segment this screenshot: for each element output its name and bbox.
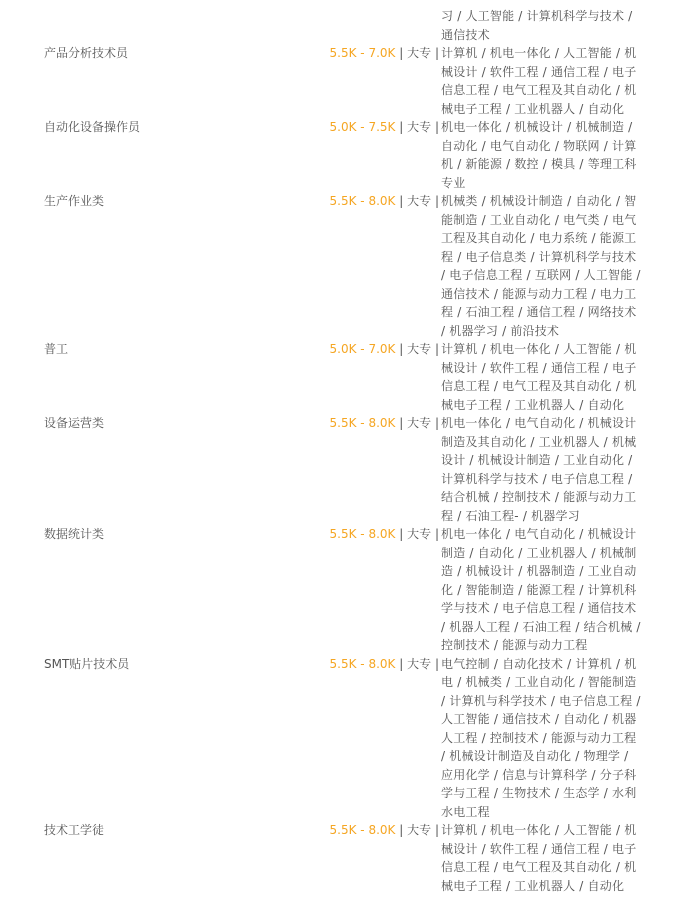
separator: | <box>399 120 403 134</box>
job-majors: 计算机 / 机电一体化 / 人工智能 / 机械设计 / 软件工程 / 通信工程 … <box>441 44 641 118</box>
separator: | <box>435 823 439 837</box>
separator: | <box>435 416 439 430</box>
separator: | <box>399 527 403 541</box>
separator: | <box>435 194 439 208</box>
job-majors: 机电一体化 / 电气自动化 / 机械设计制造及其自动化 / 工业机器人 / 机械… <box>441 414 641 525</box>
separator: | <box>399 416 403 430</box>
job-row[interactable]: 数据统计类 5.5K - 8.0K | 大专 | 机电一体化 / 电气自动化 /… <box>0 525 696 655</box>
separator: | <box>399 342 403 356</box>
job-majors: 计算机 / 机电一体化 / 人工智能 / 机械设计 / 软件工程 / 通信工程 … <box>441 340 641 414</box>
education-level: 大专 <box>407 342 431 356</box>
job-title[interactable]: 数据统计类 <box>0 525 290 544</box>
job-meta: 5.5K - 7.0K | 大专 | <box>290 44 441 63</box>
education-level: 大专 <box>407 194 431 208</box>
job-majors: 计算机 / 机电一体化 / 人工智能 / 机械设计 / 软件工程 / 通信工程 … <box>441 821 641 895</box>
job-title[interactable]: 生产作业类 <box>0 192 290 211</box>
job-row[interactable]: 生产作业类 5.5K - 8.0K | 大专 | 机械类 / 机械设计制造 / … <box>0 192 696 340</box>
job-row[interactable]: 普工 5.0K - 7.0K | 大专 | 计算机 / 机电一体化 / 人工智能… <box>0 340 696 414</box>
salary-range: 5.5K - 7.0K <box>330 46 396 60</box>
job-title[interactable]: 技术工学徒 <box>0 821 290 840</box>
salary-range: 5.0K - 7.5K <box>330 120 396 134</box>
job-majors: 电气控制 / 自动化技术 / 计算机 / 机电 / 机械类 / 工业自动化 / … <box>441 655 641 822</box>
salary-range: 5.5K - 8.0K <box>330 194 396 208</box>
separator: | <box>435 527 439 541</box>
education-level: 大专 <box>407 120 431 134</box>
job-row-continued: 习 / 人工智能 / 计算机科学与技术 / 通信技术 <box>0 7 696 44</box>
salary-range: 5.5K - 8.0K <box>330 823 396 837</box>
separator: | <box>435 120 439 134</box>
salary-range: 5.5K - 8.0K <box>330 416 396 430</box>
education-level: 大专 <box>407 527 431 541</box>
job-meta: 5.5K - 8.0K | 大专 | <box>290 414 441 433</box>
job-meta: 5.5K - 8.0K | 大专 | <box>290 655 441 674</box>
job-title[interactable]: SMT贴片技术员 <box>0 655 290 674</box>
job-row[interactable]: 设备运营类 5.5K - 8.0K | 大专 | 机电一体化 / 电气自动化 /… <box>0 414 696 525</box>
job-title[interactable]: 自动化设备操作员 <box>0 118 290 137</box>
separator: | <box>435 46 439 60</box>
separator: | <box>435 342 439 356</box>
job-majors: 机电一体化 / 电气自动化 / 机械设计制造 / 自动化 / 工业机器人 / 机… <box>441 525 641 655</box>
job-majors: 习 / 人工智能 / 计算机科学与技术 / 通信技术 <box>441 7 641 44</box>
job-row[interactable]: 产品分析技术员 5.5K - 7.0K | 大专 | 计算机 / 机电一体化 /… <box>0 44 696 118</box>
salary-range: 5.5K - 8.0K <box>330 527 396 541</box>
job-meta: 5.5K - 8.0K | 大专 | <box>290 525 441 544</box>
separator: | <box>399 823 403 837</box>
job-title[interactable]: 普工 <box>0 340 290 359</box>
separator: | <box>399 657 403 671</box>
job-title[interactable]: 设备运营类 <box>0 414 290 433</box>
job-row[interactable]: 自动化设备操作员 5.0K - 7.5K | 大专 | 机电一体化 / 机械设计… <box>0 118 696 192</box>
job-meta: 5.5K - 8.0K | 大专 | <box>290 192 441 211</box>
job-meta: 5.0K - 7.0K | 大专 | <box>290 340 441 359</box>
job-meta: 5.0K - 7.5K | 大专 | <box>290 118 441 137</box>
salary-range: 5.0K - 7.0K <box>330 342 396 356</box>
education-level: 大专 <box>407 823 431 837</box>
job-row[interactable]: SMT贴片技术员 5.5K - 8.0K | 大专 | 电气控制 / 自动化技术… <box>0 655 696 822</box>
education-level: 大专 <box>407 416 431 430</box>
job-row[interactable]: 技术工学徒 5.5K - 8.0K | 大专 | 计算机 / 机电一体化 / 人… <box>0 821 696 895</box>
job-majors: 机电一体化 / 机械设计 / 机械制造 / 自动化 / 电气自动化 / 物联网 … <box>441 118 641 192</box>
education-level: 大专 <box>407 46 431 60</box>
separator: | <box>399 46 403 60</box>
salary-range: 5.5K - 8.0K <box>330 657 396 671</box>
separator: | <box>399 194 403 208</box>
job-majors: 机械类 / 机械设计制造 / 自动化 / 智能制造 / 工业自动化 / 电气类 … <box>441 192 641 340</box>
job-list: 习 / 人工智能 / 计算机科学与技术 / 通信技术 产品分析技术员 5.5K … <box>0 7 696 895</box>
job-title[interactable]: 产品分析技术员 <box>0 44 290 63</box>
separator: | <box>435 657 439 671</box>
education-level: 大专 <box>407 657 431 671</box>
job-meta: 5.5K - 8.0K | 大专 | <box>290 821 441 840</box>
